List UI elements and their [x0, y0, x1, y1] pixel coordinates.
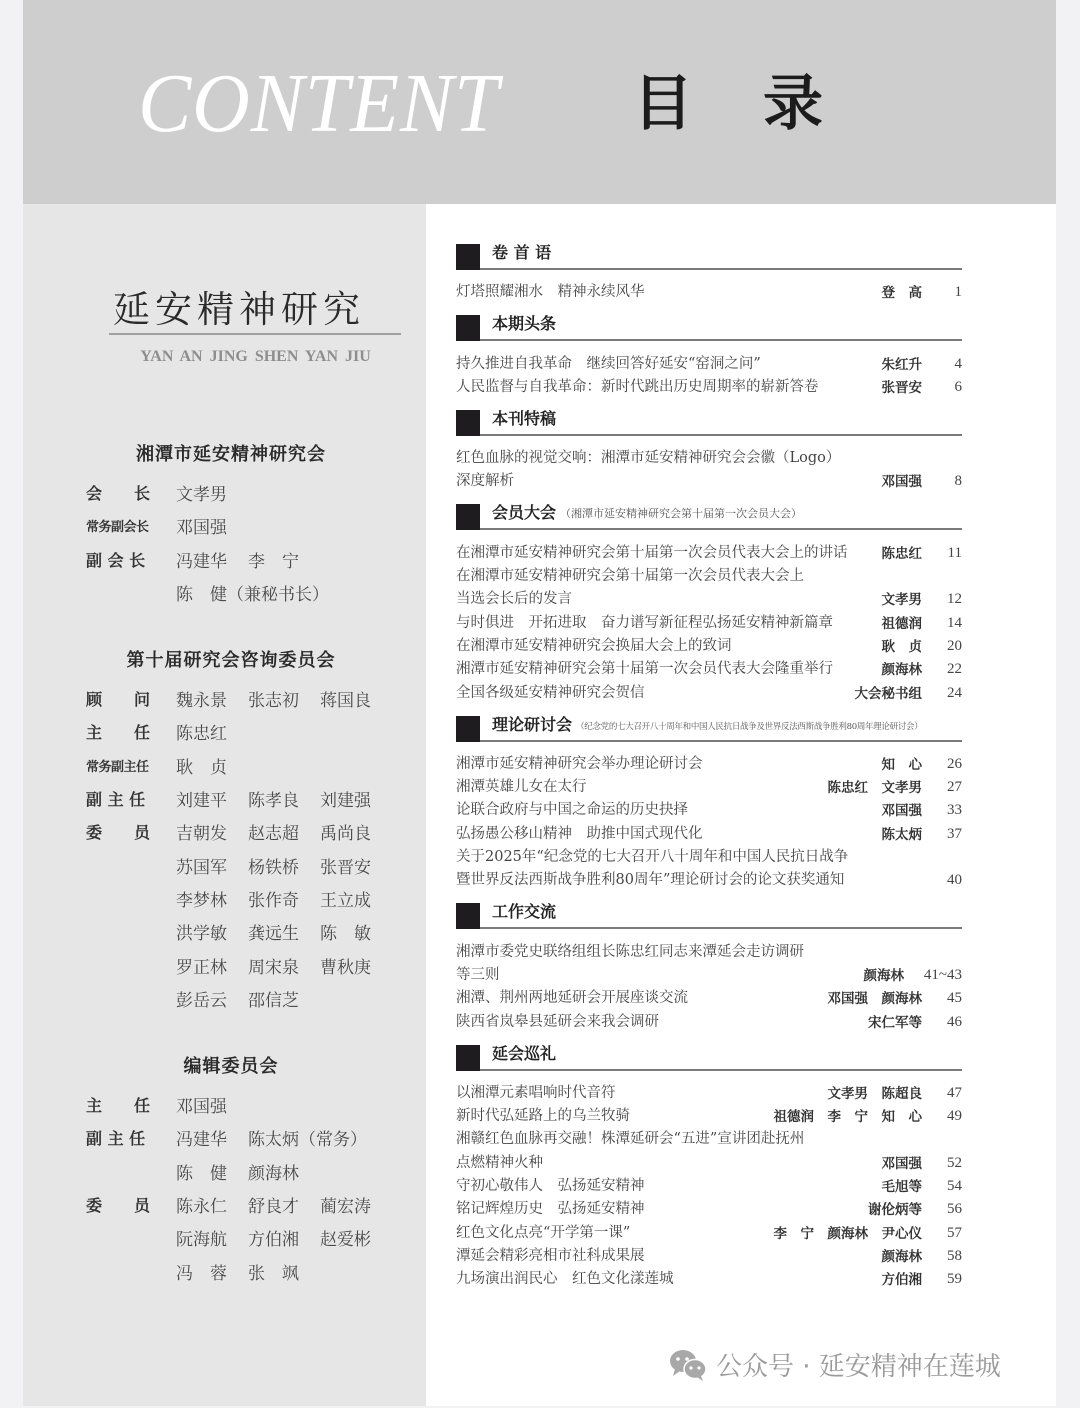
page-number: 20	[922, 638, 962, 655]
member-name: 周宋泉	[248, 953, 320, 978]
article-title: 在湘潭市延安精神研究会第十届第一次会员代表大会上的讲话	[456, 541, 882, 562]
page-number: 49	[922, 1108, 962, 1125]
toc-entry[interactable]: 以湘潭元素唱响时代音符文孝男 陈超良47	[456, 1079, 962, 1102]
member-name: 邓国强	[176, 513, 248, 538]
toc-entry[interactable]: 等三则颜海林41~43	[456, 961, 962, 984]
article-title: 与时俱进 开拓进取 奋力谱写新征程弘扬延安精神新篇章	[456, 611, 882, 632]
member-name: 彭岳云	[176, 986, 248, 1011]
magazine-page: CONTENT 目录 延安精神研究 YAN AN JING SHEN YAN J…	[23, 0, 1056, 1406]
page-number: 40	[922, 872, 962, 889]
article-title: 红色血脉的视觉交响：湘潭市延安精神研究会会徽（Logo）	[456, 446, 922, 467]
org-block: 编辑委员会主 任邓国强副 主 任冯建华陈太炳（常务）陈 健颜海林委 员陈永仁舒良…	[86, 1052, 406, 1288]
article-author: 登 高	[882, 281, 923, 301]
member-name: 文孝男	[176, 480, 248, 505]
article-title: 铭记辉煌历史 弘扬延安精神	[456, 1197, 868, 1218]
member-name: 陈 健	[176, 1159, 248, 1184]
member-name: 苏国军	[176, 853, 248, 878]
org-row: 常务副会长邓国强	[86, 509, 406, 542]
org-role: 顾 问	[86, 687, 176, 710]
toc-entry[interactable]: 论联合政府与中国之命运的历史抉择邓国强33	[456, 796, 962, 819]
page-number: 58	[922, 1248, 962, 1265]
section-marker-icon	[456, 504, 480, 530]
article-title: 关于2025年“纪念党的七大召开八十周年和中国人民抗日战争	[456, 845, 922, 866]
org-row: 冯 蓉张 飒	[86, 1254, 406, 1287]
section-header: 理论研讨会（纪念党的七大召开八十周年和中国人民抗日战争及世界反法西斯战争胜利80…	[456, 712, 962, 742]
toc-entry[interactable]: 当选会长后的发言文孝男12	[456, 585, 962, 608]
article-title: 人民监督与自我革命：新时代跳出历史周期率的崭新答卷	[456, 375, 882, 396]
org-role: 常务副会长	[86, 516, 176, 535]
page-number: 11	[922, 545, 962, 562]
page-number: 22	[922, 661, 962, 678]
article-title: 暨世界反法西斯战争胜利80周年”理论研讨会的论文获奖通知	[456, 868, 922, 889]
page-number: 52	[922, 1155, 962, 1172]
section-marker-icon	[456, 315, 480, 341]
section-marker-icon	[456, 244, 480, 270]
watermark: 公众号 · 延安精神在莲城	[668, 1346, 1001, 1383]
article-title: 湘潭英雄儿女在太行	[456, 775, 828, 796]
article-author: 邓国强	[882, 470, 923, 490]
page-number: 6	[922, 379, 962, 396]
section-marker-icon	[456, 410, 480, 436]
org-role: 副 会 长	[86, 548, 176, 571]
article-title: 弘扬愚公移山精神 助推中国式现代化	[456, 822, 882, 843]
member-name: 赵志超	[248, 819, 320, 844]
page-number: 14	[922, 615, 962, 632]
org-row: 罗正林周宋泉曹秋庚	[86, 948, 406, 981]
page-number: 47	[922, 1085, 962, 1102]
page-number: 4	[922, 356, 962, 373]
page-number: 37	[922, 826, 962, 843]
toc-entry[interactable]: 与时俱进 开拓进取 奋力谱写新征程弘扬延安精神新篇章祖德润14	[456, 608, 962, 631]
title-divider	[109, 333, 401, 335]
toc-entry[interactable]: 暨世界反法西斯战争胜利80周年”理论研讨会的论文获奖通知40	[456, 866, 962, 889]
magazine-pinyin: YAN AN JING SHEN YAN JIU	[99, 348, 412, 366]
member-name: 魏永景	[176, 686, 248, 711]
org-heading: 第十届研究会咨询委员会	[86, 646, 376, 672]
member-name: 耿 贞	[176, 753, 248, 778]
wechat-icon	[668, 1349, 708, 1381]
section-header: 本刊特稿	[456, 406, 962, 436]
toc-entry[interactable]: 灯塔照耀湘水 精神永续风华登 高1	[456, 278, 962, 301]
page-number: 56	[922, 1201, 962, 1218]
member-name: 张作奇	[248, 886, 320, 911]
org-row: 陈 健颜海林	[86, 1155, 406, 1188]
article-title: 湘潭、荆州两地延研会开展座谈交流	[456, 986, 828, 1007]
member-name: 邓国强	[176, 1092, 248, 1117]
member-name: 张 飒	[248, 1259, 320, 1284]
org-block: 湘潭市延安精神研究会会 长文孝男常务副会长邓国强副 会 长冯建华李 宁陈 健（兼…	[86, 440, 406, 609]
page-number: 41~43	[904, 967, 962, 984]
member-name: 张志初	[248, 686, 320, 711]
article-author: 知 心	[882, 753, 923, 773]
toc-entry[interactable]: 湘潭市延安精神研究会第十届第一次会员代表大会隆重举行颜海林22	[456, 655, 962, 678]
article-title: 红色文化点亮“开学第一课”	[456, 1221, 774, 1242]
section-header: 工作交流	[456, 899, 962, 929]
article-author: 颜海林	[882, 1245, 923, 1265]
toc-entry[interactable]: 陕西省岚皋县延研会来我会调研宋仁军等46	[456, 1007, 962, 1030]
toc-entry[interactable]: 守初心敬伟人 弘扬延安精神毛旭等54	[456, 1172, 962, 1195]
section-title: 延会巡礼	[492, 1041, 556, 1069]
article-title: 论联合政府与中国之命运的历史抉择	[456, 798, 882, 819]
member-name: 陈 健（兼秘书长）	[176, 580, 329, 605]
org-row: 阮海航方伯湘赵爱彬	[86, 1221, 406, 1254]
member-name: 舒良才	[248, 1192, 320, 1217]
page-number: 8	[922, 473, 962, 490]
article-title: 点燃精神火种	[456, 1151, 882, 1172]
org-row: 苏国军杨铁桥张晋安	[86, 848, 406, 881]
article-author: 邓国强	[882, 1152, 923, 1172]
article-author: 耿 贞	[882, 635, 923, 655]
article-title: 当选会长后的发言	[456, 587, 882, 608]
article-title: 在湘潭市延安精神研究会换届大会上的致词	[456, 634, 882, 655]
org-block: 第十届研究会咨询委员会顾 问魏永景张志初蒋国良主 任陈忠红常务副主任耿 贞副 主…	[86, 646, 406, 1015]
page-number: 24	[922, 685, 962, 702]
toc-entry[interactable]: 潭延会精彩亮相市社科成果展颜海林58	[456, 1242, 962, 1265]
toc-entry[interactable]: 在湘潭市延安精神研究会第十届第一次会员代表大会上的讲话陈忠红11	[456, 538, 962, 561]
member-name: 李 宁	[248, 547, 320, 572]
section-subtitle: （湘潭市延安精神研究会第十届第一次会员大会）	[560, 505, 802, 528]
page-number: 33	[922, 802, 962, 819]
toc-entry[interactable]: 湘潭英雄儿女在太行陈忠红 文孝男27	[456, 773, 962, 796]
section-header: 卷 首 语	[456, 240, 962, 270]
org-role: 会 长	[86, 481, 176, 504]
org-row: 主 任陈忠红	[86, 715, 406, 748]
section-title: 本期头条	[492, 311, 556, 339]
org-row: 委 员陈永仁舒良才蔺宏涛	[86, 1188, 406, 1221]
article-author: 文孝男	[882, 588, 923, 608]
member-name: 吉朝发	[176, 819, 248, 844]
page-number: 45	[922, 990, 962, 1007]
toc-entry[interactable]: 铭记辉煌历史 弘扬延安精神谢伦炳等56	[456, 1195, 962, 1218]
mulu-title: 目录	[633, 74, 893, 134]
member-name: 王立成	[320, 886, 392, 911]
article-author: 陈太炳	[882, 823, 923, 843]
article-author: 陈忠红	[882, 542, 923, 562]
article-title: 潭延会精彩亮相市社科成果展	[456, 1244, 882, 1265]
org-row: 副 会 长冯建华李 宁	[86, 543, 406, 576]
section-subtitle: （纪念党的七大召开八十周年和中国人民抗日战争及世界反法西斯战争胜利80周年理论研…	[576, 720, 922, 740]
page-number: 27	[922, 779, 962, 796]
toc-entry[interactable]: 新时代弘延路上的乌兰牧骑祖德润 李 宁 知 心49	[456, 1102, 962, 1125]
article-title: 全国各级延安精神研究会贺信	[456, 681, 855, 702]
member-name: 陈 敏	[320, 919, 392, 944]
article-title: 等三则	[456, 963, 864, 984]
article-author: 文孝男 陈超良	[828, 1082, 923, 1102]
toc-entry[interactable]: 湘赣红色血脉再交融！株潭延研会“五进”宣讲团赴抚州	[456, 1125, 962, 1148]
toc-entry[interactable]: 湘潭市委党史联络组组长陈忠红同志来潭延会走访调研	[456, 937, 962, 960]
member-name: 陈永仁	[176, 1192, 248, 1217]
toc-entry[interactable]: 点燃精神火种邓国强52	[456, 1148, 962, 1171]
toc-entry[interactable]: 全国各级延安精神研究会贺信大会秘书组24	[456, 678, 962, 701]
article-author: 方伯湘	[882, 1268, 923, 1288]
section-header: 本期头条	[456, 311, 962, 341]
watermark-text: 公众号 · 延安精神在莲城	[716, 1346, 1001, 1383]
toc-entry[interactable]: 在湘潭市延安精神研究会第十届第一次会员代表大会上	[456, 562, 962, 585]
org-row: 常务副主任耿 贞	[86, 749, 406, 782]
article-author: 张晋安	[882, 376, 923, 396]
article-author: 陈忠红 文孝男	[828, 776, 923, 796]
article-title: 湘赣红色血脉再交融！株潭延研会“五进”宣讲团赴抚州	[456, 1127, 922, 1148]
member-name: 罗正林	[176, 953, 248, 978]
article-author: 颜海林	[882, 658, 923, 678]
member-name: 陈太炳（常务）	[248, 1125, 367, 1150]
toc-entry[interactable]: 红色血脉的视觉交响：湘潭市延安精神研究会会徽（Logo）	[456, 444, 962, 467]
table-of-contents: 卷 首 语灯塔照耀湘水 精神永续风华登 高1本期头条持久推进自我革命 继续回答好…	[456, 240, 962, 1288]
section-header: 延会巡礼	[456, 1041, 962, 1071]
toc-entry[interactable]: 湘潭市延安精神研究会举办理论研讨会知 心26	[456, 750, 962, 773]
section-title: 会员大会	[492, 500, 556, 528]
article-title: 持久推进自我革命 继续回答好延安“窑洞之问”	[456, 352, 882, 373]
article-title: 湘潭市延安精神研究会举办理论研讨会	[456, 752, 882, 773]
content-title: CONTENT	[138, 62, 499, 146]
section-marker-icon	[456, 716, 480, 742]
member-name: 赵爱彬	[320, 1225, 392, 1250]
member-name: 阮海航	[176, 1225, 248, 1250]
article-title: 灯塔照耀湘水 精神永续风华	[456, 280, 882, 301]
page-number: 54	[922, 1178, 962, 1195]
toc-entry[interactable]: 湘潭、荆州两地延研会开展座谈交流邓国强 颜海林45	[456, 984, 962, 1007]
member-name: 杨铁桥	[248, 853, 320, 878]
org-heading: 编辑委员会	[86, 1052, 376, 1078]
member-name: 刘建平	[176, 786, 248, 811]
article-author: 邓国强 颜海林	[828, 987, 923, 1007]
article-title: 深度解析	[456, 469, 882, 490]
org-row: 陈 健（兼秘书长）	[86, 576, 406, 609]
section-title: 理论研讨会	[492, 712, 572, 740]
toc-panel: 卷 首 语灯塔照耀湘水 精神永续风华登 高1本期头条持久推进自我革命 继续回答好…	[426, 204, 1056, 1406]
member-name: 禹尚良	[320, 819, 392, 844]
article-title: 以湘潭元素唱响时代音符	[456, 1081, 828, 1102]
article-author: 朱红升	[882, 353, 923, 373]
page-number: 57	[922, 1225, 962, 1242]
org-row: 委 员吉朝发赵志超禹尚良	[86, 815, 406, 848]
article-author: 大会秘书组	[855, 682, 923, 702]
org-role: 委 员	[86, 1193, 176, 1216]
toc-entry[interactable]: 人民监督与自我革命：新时代跳出历史周期率的崭新答卷张晋安6	[456, 373, 962, 396]
toc-entry[interactable]: 九场演出润民心 红色文化漾莲城方伯湘59	[456, 1265, 962, 1288]
org-role: 常务副主任	[86, 756, 176, 775]
member-name: 曹秋庚	[320, 953, 392, 978]
article-author: 祖德润 李 宁 知 心	[774, 1105, 923, 1125]
toc-entry[interactable]: 深度解析邓国强8	[456, 467, 962, 490]
article-author: 祖德润	[882, 612, 923, 632]
member-name: 张晋安	[320, 853, 392, 878]
page-number: 46	[922, 1014, 962, 1031]
toc-entry[interactable]: 在湘潭市延安精神研究会换届大会上的致词耿 贞20	[456, 632, 962, 655]
org-row: 副 主 任冯建华陈太炳（常务）	[86, 1121, 406, 1154]
org-row: 主 任邓国强	[86, 1088, 406, 1121]
section-header: 会员大会（湘潭市延安精神研究会第十届第一次会员大会）	[456, 500, 962, 530]
org-row: 顾 问魏永景张志初蒋国良	[86, 682, 406, 715]
org-row: 洪学敏龚远生陈 敏	[86, 915, 406, 948]
page-number: 12	[922, 591, 962, 608]
member-name: 冯 蓉	[176, 1259, 248, 1284]
member-name: 蒋国良	[320, 686, 392, 711]
article-title: 新时代弘延路上的乌兰牧骑	[456, 1104, 774, 1125]
member-name: 洪学敏	[176, 919, 248, 944]
article-title: 陕西省岚皋县延研会来我会调研	[456, 1010, 868, 1031]
article-title: 湘潭市委党史联络组组长陈忠红同志来潭延会走访调研	[456, 940, 922, 961]
org-heading: 湘潭市延安精神研究会	[86, 440, 376, 466]
article-title: 在湘潭市延安精神研究会第十届第一次会员代表大会上	[456, 564, 922, 585]
org-role: 主 任	[86, 1093, 176, 1116]
article-author: 毛旭等	[882, 1175, 923, 1195]
org-row: 李梦林张作奇王立成	[86, 882, 406, 915]
org-role: 主 任	[86, 720, 176, 743]
org-row: 彭岳云邵信芝	[86, 982, 406, 1015]
org-row: 会 长文孝男	[86, 476, 406, 509]
org-role: 委 员	[86, 820, 176, 843]
member-name: 冯建华	[176, 1125, 248, 1150]
section-title: 本刊特稿	[492, 406, 556, 434]
org-role: 副 主 任	[86, 787, 176, 810]
article-author: 颜海林	[864, 964, 905, 984]
toc-entry[interactable]: 红色文化点亮“开学第一课”李 宁 颜海林 尹心仪57	[456, 1218, 962, 1241]
member-name: 陈忠红	[176, 719, 248, 744]
toc-entry[interactable]: 弘扬愚公移山精神 助推中国式现代化陈太炳37	[456, 819, 962, 842]
page-number: 1	[922, 284, 962, 301]
org-role: 副 主 任	[86, 1126, 176, 1149]
member-name: 刘建强	[320, 786, 392, 811]
toc-entry[interactable]: 关于2025年“纪念党的七大召开八十周年和中国人民抗日战争	[456, 843, 962, 866]
member-name: 龚远生	[248, 919, 320, 944]
page-number: 59	[922, 1271, 962, 1288]
masthead-panel: 延安精神研究 YAN AN JING SHEN YAN JIU 湘潭市延安精神研…	[23, 204, 426, 1406]
section-marker-icon	[456, 903, 480, 929]
member-name: 颜海林	[248, 1159, 320, 1184]
article-title: 九场演出润民心 红色文化漾莲城	[456, 1267, 882, 1288]
article-title: 守初心敬伟人 弘扬延安精神	[456, 1174, 882, 1195]
member-name: 陈孝良	[248, 786, 320, 811]
member-name: 方伯湘	[248, 1225, 320, 1250]
member-name: 冯建华	[176, 547, 248, 572]
member-name: 邵信芝	[248, 986, 320, 1011]
header-band: CONTENT 目录	[23, 0, 1056, 204]
org-row: 副 主 任刘建平陈孝良刘建强	[86, 782, 406, 815]
page-number: 26	[922, 756, 962, 773]
section-title: 卷 首 语	[492, 240, 551, 268]
article-author: 宋仁军等	[868, 1011, 922, 1031]
article-author: 邓国强	[882, 799, 923, 819]
magazine-title: 延安精神研究	[99, 279, 379, 333]
member-name: 蔺宏涛	[320, 1192, 392, 1217]
section-marker-icon	[456, 1045, 480, 1071]
member-name: 李梦林	[176, 886, 248, 911]
article-author: 李 宁 颜海林 尹心仪	[774, 1222, 923, 1242]
article-author: 谢伦炳等	[868, 1198, 922, 1218]
toc-entry[interactable]: 持久推进自我革命 继续回答好延安“窑洞之问”朱红升4	[456, 349, 962, 372]
article-title: 湘潭市延安精神研究会第十届第一次会员代表大会隆重举行	[456, 657, 882, 678]
section-title: 工作交流	[492, 899, 556, 927]
